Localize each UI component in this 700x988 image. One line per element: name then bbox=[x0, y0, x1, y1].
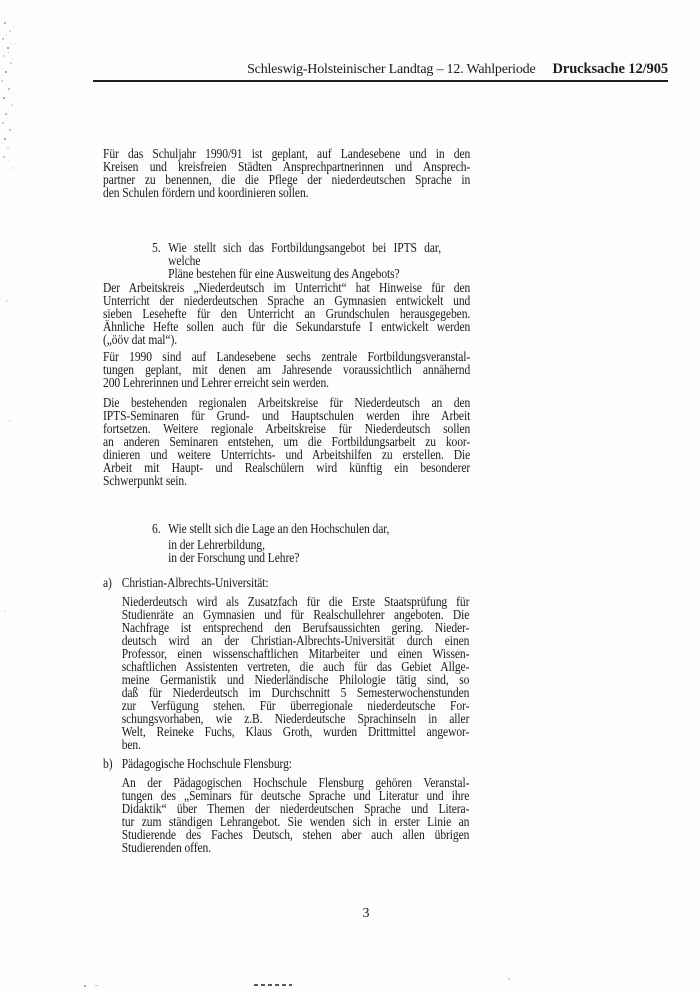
item-a-title: Christian-Albrechts-Universität: bbox=[122, 576, 269, 589]
paragraph-fortbildung-1990: Für 1990 sind auf Landesebene sechs zent… bbox=[103, 350, 470, 389]
text-line: Welt, Reineke Fuchs, Klaus Groth, wurden… bbox=[122, 725, 470, 738]
text-line: Wie stellt sich die Lage an den Hochschu… bbox=[168, 522, 441, 535]
item-a-marker: a) bbox=[103, 576, 122, 589]
page-number: 3 bbox=[340, 906, 392, 922]
question-5-number: 5. bbox=[152, 241, 168, 280]
item-b-marker: b) bbox=[103, 757, 122, 770]
item-a-heading: a) Christian-Albrechts-Universität: bbox=[103, 576, 469, 589]
text-line: Studierenden offen. bbox=[122, 841, 470, 854]
question-5-text: Wie stellt sich das Fortbildungsangebot … bbox=[168, 241, 441, 280]
text-line: Schwerpunkt sein. bbox=[103, 474, 470, 487]
item-a-universitaet: a) Christian-Albrechts-Universität: Nied… bbox=[103, 576, 469, 751]
text-line: Wie stellt sich das Fortbildungsangebot … bbox=[168, 241, 441, 267]
item-a-paragraph: Niederdeutsch wird als Zusatzfach für di… bbox=[122, 595, 470, 751]
text-line: („ööv dat mal“). bbox=[103, 333, 470, 346]
item-b-hochschule-flensburg: b) Pädagogische Hochschule Flensburg: An… bbox=[103, 757, 469, 854]
text-line: den Schulen fördern und koordinieren sol… bbox=[103, 186, 470, 199]
item-b-paragraph: An der Pädagogischen Hochschule Flensbur… bbox=[122, 776, 470, 854]
scan-artifact-dot bbox=[508, 978, 510, 980]
page-header: Schleswig-Holsteinischer Landtag – 12. W… bbox=[93, 61, 668, 78]
header-title: Schleswig-Holsteinischer Landtag – 12. W… bbox=[247, 62, 535, 78]
question-6-number: 6. bbox=[152, 522, 168, 564]
scan-speckles-small bbox=[0, 0, 1, 1]
scan-artifact-dot bbox=[84, 985, 86, 987]
paragraph-schuljahr-plan: Für das Schuljahr 1990/91 ist geplant, a… bbox=[103, 147, 470, 199]
paragraph-arbeitskreis: Der Arbeitskreis „Niederdeutsch im Unter… bbox=[103, 281, 470, 346]
text-line: 200 Lehrerinnen und Lehrer erreicht sein… bbox=[103, 376, 470, 389]
scan-artifact-dot bbox=[95, 985, 98, 986]
question-6-text: Wie stellt sich die Lage an den Hochschu… bbox=[168, 522, 441, 564]
header-doc-number: Drucksache 12/905 bbox=[552, 61, 668, 78]
header-rule bbox=[93, 80, 668, 82]
question-5: 5. Wie stellt sich das Fortbildungsangeb… bbox=[152, 241, 441, 280]
item-b-title: Pädagogische Hochschule Flensburg: bbox=[122, 757, 292, 770]
item-b-heading: b) Pädagogische Hochschule Flensburg: bbox=[103, 757, 469, 770]
question-6: 6. Wie stellt sich die Lage an den Hochs… bbox=[152, 522, 441, 564]
document-page: Schleswig-Holsteinischer Landtag – 12. W… bbox=[0, 0, 700, 988]
text-line: Pläne bestehen für eine Ausweitung des A… bbox=[168, 267, 441, 280]
text-line: ben. bbox=[122, 738, 470, 751]
paragraph-regionale-arbeitskreise: Die bestehenden regionalen Arbeitskreise… bbox=[103, 396, 470, 487]
text-line: in der Forschung und Lehre? bbox=[168, 551, 441, 564]
scan-artifact-dashes bbox=[254, 984, 292, 986]
